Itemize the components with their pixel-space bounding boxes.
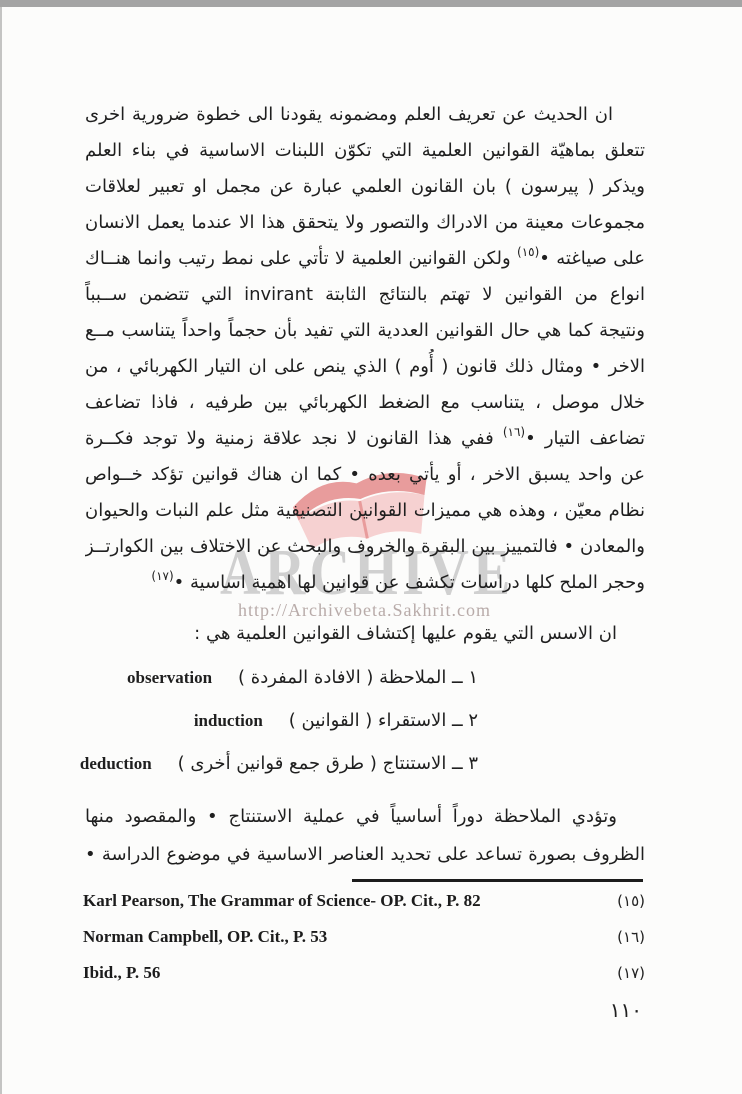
text-line: تتعلق بماهيّة القوانين العلمية التي تكوّ…: [85, 133, 645, 169]
text-line: وتؤدي الملاحظة دوراً أساسياً في عملية ال…: [85, 798, 645, 836]
footnote-number: (١٧): [617, 964, 645, 982]
footnote-citation: Norman Campbell, OP. Cit., P. 53: [83, 927, 327, 947]
list-item: ٢ ــ الاستقراء ( القوانين ) induction: [80, 710, 478, 737]
line-text: على صياغته •: [539, 248, 645, 269]
text-line: والمعادن • فالتمييز بين البقرة والخروف و…: [85, 529, 645, 565]
watermark-url: http://Archivebeta.Sakhrit.com: [238, 600, 491, 621]
footnote-citation: Ibid., P. 56: [83, 963, 160, 983]
list-item-arabic: ٣ ــ الاستنتاج ( طرق جمع قوانين أخرى ): [178, 753, 478, 774]
footnote-number: (١٥): [617, 892, 645, 910]
text-line: مجموعات معينة من الادراك والتصور ولا يتح…: [85, 205, 645, 241]
footnote-separator: [352, 879, 643, 882]
list-item: ١ ــ الملاحظة ( الافادة المفردة ) observ…: [80, 667, 478, 694]
footnote-citation: Karl Pearson, The Grammar of Science- OP…: [83, 891, 481, 911]
footnote-row: Ibid., P. 56 (١٧): [83, 963, 645, 984]
text-line: على صياغته •(١٥) ولكن القوانين العلمية ل…: [85, 241, 645, 277]
list-item: ٣ ــ الاستنتاج ( طرق جمع قوانين أخرى ) d…: [80, 753, 478, 780]
line-text: تضاعف التيار •: [525, 428, 645, 449]
footnote-row: Norman Campbell, OP. Cit., P. 53 (١٦): [83, 927, 645, 948]
list-intro-line: ان الاسس التي يقوم عليها إكتشاف القوانين…: [85, 619, 645, 649]
closing-paragraph: وتؤدي الملاحظة دوراً أساسياً في عملية ال…: [85, 798, 645, 874]
footnotes-block: Karl Pearson, The Grammar of Science- OP…: [83, 891, 645, 999]
footnote-ref-17: (١٧): [151, 569, 173, 583]
footnote-number: (١٦): [617, 928, 645, 946]
numbered-list: ١ ــ الملاحظة ( الافادة المفردة ) observ…: [80, 667, 478, 796]
footnote-row: Karl Pearson, The Grammar of Science- OP…: [83, 891, 645, 912]
text-line: نظام معيّن ، وهذه هي مميزات القوانين الت…: [85, 493, 645, 529]
text-line: عن واحد يسبق الاخر ، أو يأتي بعده • كما …: [85, 457, 645, 493]
text-line: ان الحديث عن تعريف العلم ومضمونه يقودنا …: [85, 97, 645, 133]
text-line: الظروف بصورة تساعد على تحديد العناصر الا…: [85, 836, 645, 874]
text-line: وحجر الملح كلها دراسات تكشف عن قوانين له…: [85, 565, 645, 601]
line-text: ولكن القوانين العلمية لا تأتي على نمط رت…: [85, 248, 517, 269]
text-line: الاخر • ومثال ذلك قانون ( أُوم ) الذي ين…: [85, 349, 645, 385]
text-line: انواع من القوانين لا تهتم بالنتائج الثاب…: [85, 277, 645, 313]
list-item-english-term: deduction: [80, 754, 152, 774]
page-number: ١١٠: [610, 998, 642, 1022]
body-paragraph: ان الحديث عن تعريف العلم ومضمونه يقودنا …: [85, 97, 645, 601]
text-line: ويذكر ( پيرسون ) بان القانون العلمي عبار…: [85, 169, 645, 205]
scanned-book-page: ARCHIVE http://Archivebeta.Sakhrit.com ا…: [0, 0, 742, 1094]
text-line: تضاعف التيار •(١٦) ففي هذا القانون لا نج…: [85, 421, 645, 457]
list-item-english-term: observation: [127, 668, 212, 688]
line-text: ففي هذا القانون لا نجد علاقة زمنية ولا ت…: [85, 428, 503, 449]
line-text: وحجر الملح كلها دراسات تكشف عن قوانين له…: [174, 572, 645, 593]
footnote-ref-16: (١٦): [503, 425, 525, 439]
list-item-arabic: ١ ــ الملاحظة ( الافادة المفردة ): [238, 667, 478, 688]
footnote-ref-15: (١٥): [517, 245, 539, 259]
list-item-arabic: ٢ ــ الاستقراء ( القوانين ): [289, 710, 478, 731]
text-line: خلال موصل ، يتناسب مع الضغط الكهربائي بي…: [85, 385, 645, 421]
text-line: ونتيجة كما هي حال القوانين العددية التي …: [85, 313, 645, 349]
list-item-english-term: induction: [194, 711, 263, 731]
